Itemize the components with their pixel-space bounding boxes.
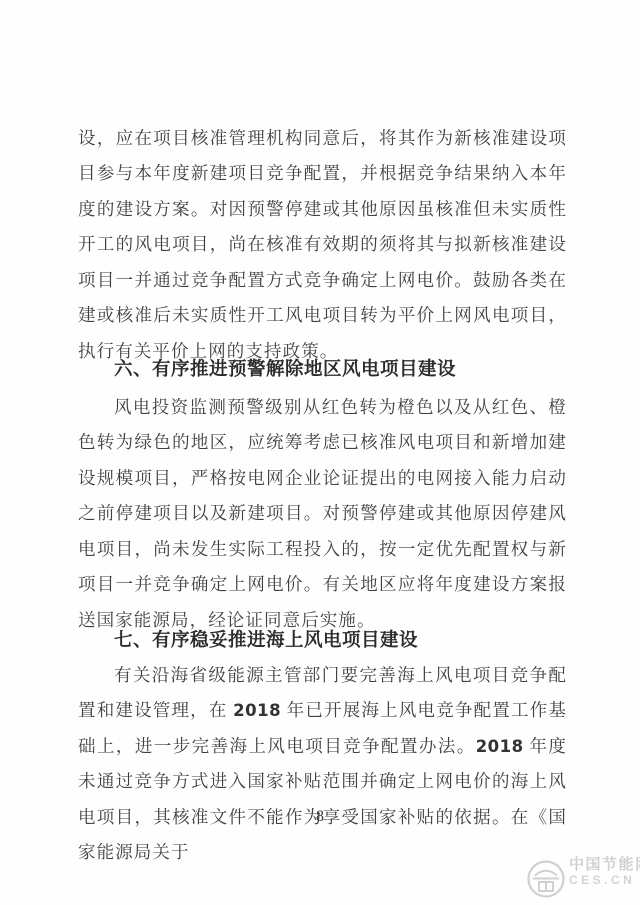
watermark-site-name: 中国节能网 bbox=[569, 856, 640, 873]
year-value: 2018 bbox=[476, 737, 524, 756]
ces-logo-icon bbox=[526, 859, 566, 904]
year-value: 2018 bbox=[233, 701, 281, 720]
section-heading-seven: 七、有序稳妥推进海上风电项目建设 bbox=[78, 627, 567, 653]
watermark-domain: CES.CN bbox=[569, 874, 640, 887]
section-heading-six: 六、有序推进预警解除地区风电项目建设 bbox=[78, 356, 567, 382]
page-number: 8 bbox=[0, 806, 640, 828]
body-paragraph-continuation: 设，应在项目核准管理机构同意后，将其作为新核准建设项目参与本年度新建项目竞争配置… bbox=[78, 121, 567, 370]
body-paragraph-seven: 有关沿海省级能源主管部门要完善海上风电项目竞争配置和建设管理，在 2018 年已… bbox=[78, 658, 567, 871]
document-page: 设，应在项目核准管理机构同意后，将其作为新核准建设项目参与本年度新建项目竞争配置… bbox=[0, 0, 640, 905]
body-paragraph-six: 风电投资监测预警级别从红色转为橙色以及从红色、橙色转为绿色的地区，应统筹考虑已核… bbox=[78, 390, 567, 639]
watermark-text: 中国节能网 CES.CN bbox=[569, 856, 640, 887]
watermark: 中国节能网 CES.CN bbox=[526, 856, 640, 904]
